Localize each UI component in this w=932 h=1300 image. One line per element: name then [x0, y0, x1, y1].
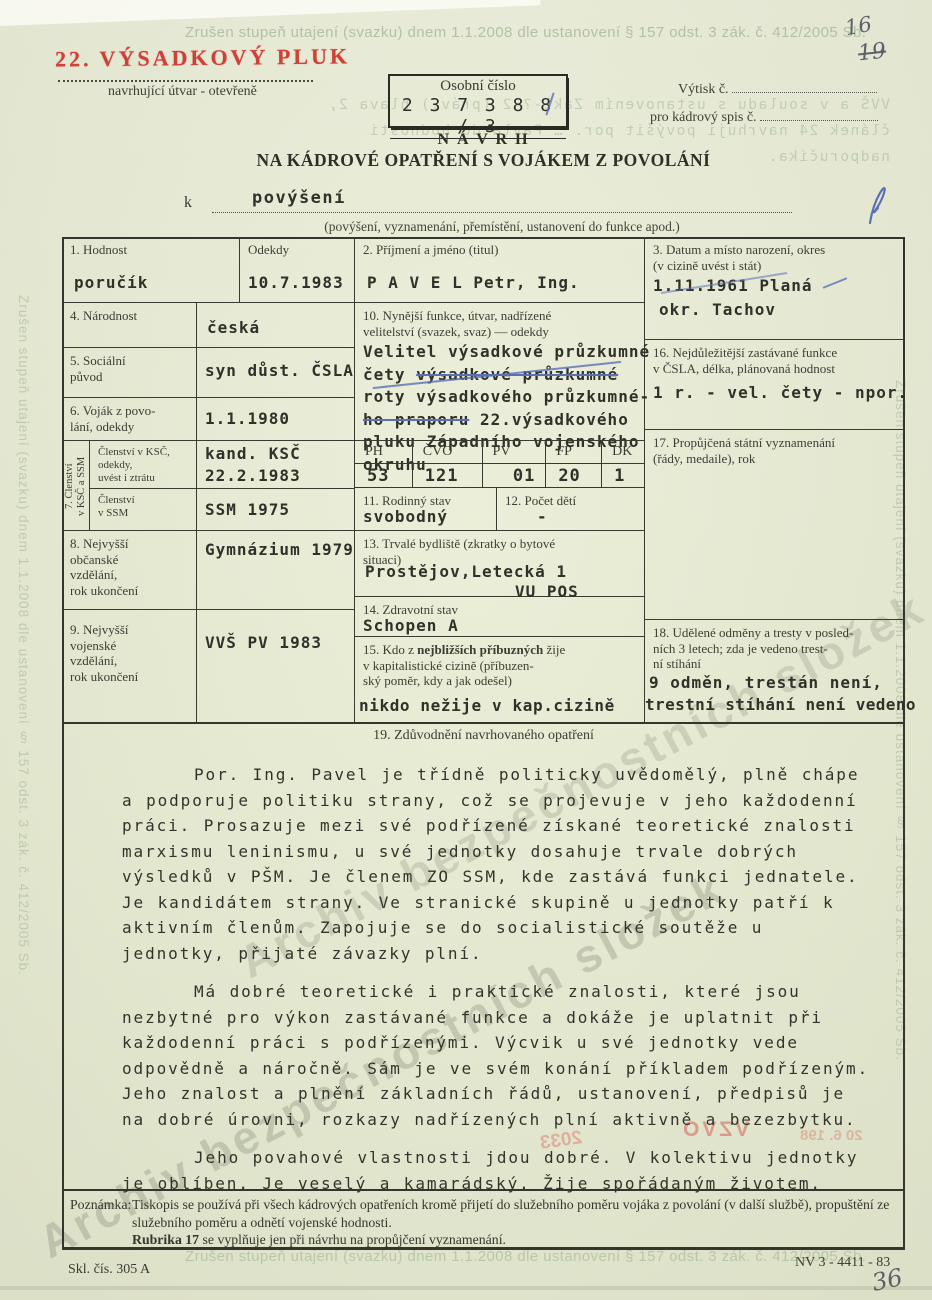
- unit-stamp: 22. VÝSADKOVÝ PLUK: [55, 43, 350, 72]
- field-7b-ssm-value-cell: SSM 1975: [197, 489, 355, 531]
- field-8-label: 8. Nejvyšší občanské vzdělání, rok ukonč…: [62, 531, 196, 598]
- field-7a-ksc-label-cell: Členství v KSČ, odekdy, uvést i ztrátu: [90, 441, 197, 489]
- field-16-label: 16. Nejdůležitější zastávané funkce v ČS…: [645, 340, 905, 376]
- field-18-label: 18. Udělené odměny a tresty v posled- ní…: [645, 620, 905, 672]
- field-18-odmeny: 18. Udělené odměny a tresty v posled- ní…: [645, 620, 905, 723]
- field-13-bydliste: 13. Trvalé bydliště (zkratky o bytové si…: [355, 531, 645, 597]
- justification-paragraph-2: Má dobré teoretické i praktické znalosti…: [122, 979, 874, 1132]
- codes-value-pv: 01: [483, 464, 547, 488]
- dotted-leader: [732, 92, 877, 93]
- field-17-vyznamenani: 17. Propůjčená státní vyznamenání (řády,…: [645, 430, 905, 620]
- field-5-label: 5. Sociální původ: [62, 348, 196, 384]
- field-18-value2: trestní stíhání není vedeno: [645, 694, 916, 716]
- field-7-side-label: 7. Členství v KSČ a SSM: [64, 445, 88, 527]
- declassification-stamp-bottom: Zrušen stupeň utajení (svazku) dnem 1.1.…: [185, 1248, 866, 1265]
- field-7b-value: SSM 1975: [205, 499, 290, 521]
- measure-type-hint: (povýšení, vyznamenání, přemístění, usta…: [212, 219, 792, 235]
- footer-note: Poznámka: Tiskopis se používá při všech …: [70, 1196, 898, 1232]
- field-3-value1: 1.11.1961 Planá: [653, 275, 813, 297]
- field-9-value: VVŠ PV 1983: [205, 632, 322, 654]
- field-10-funkce: 10. Nynější funkce, útvar, nadřízené vel…: [355, 303, 645, 440]
- field-18-value1: 9 odměn, trestán není,: [649, 672, 883, 694]
- stock-number: Skl. čís. 305 A: [68, 1262, 150, 1278]
- proposing-unit-label: navrhující útvar - otevřeně: [108, 84, 257, 100]
- field-7b-label: Členství v SSM: [90, 489, 196, 520]
- field-12-value: -: [537, 506, 548, 528]
- dotted-fill-line: [212, 212, 792, 213]
- field-1-hodnost: 1. Hodnost poručík: [62, 237, 240, 303]
- personal-number-box: Osobní číslo 2 3 7 3 8 8 / 3: [388, 74, 568, 128]
- field-5-value: syn důst. ČSLA: [205, 360, 354, 382]
- field-15-label: 15. Kdo z nejbližších příbuzných žije v …: [355, 637, 644, 689]
- form-title-line2: NA KÁDROVÉ OPATŘENÍ S VOJÁKEM Z POVOLÁNÍ: [62, 150, 905, 171]
- field-7a-value2: 22.2.1983: [205, 465, 301, 487]
- field-12-pocet-deti: 12. Počet dětí -: [497, 487, 645, 531]
- field-6-label: 6. Voják z povo- lání, odekdy: [62, 398, 196, 434]
- measure-type-value: povýšení: [252, 188, 346, 208]
- field-9-value-cell: VVŠ PV 1983: [197, 610, 355, 723]
- field-10-line4: ho praporu 22.výsadkového: [363, 409, 644, 432]
- codes-value-ph: 53: [355, 464, 413, 488]
- scanned-form-page: Archiv bezpečnostních složek Archiv bezp…: [0, 0, 932, 1300]
- note-label: Poznámka:: [70, 1196, 131, 1214]
- field-3-label: 3. Datum a místo narození, okres (v cizi…: [645, 237, 905, 273]
- field-4-narodnost-label-cell: 4. Národnost: [62, 303, 197, 348]
- field-10-label: 10. Nynější funkce, útvar, nadřízené vel…: [355, 303, 644, 339]
- rubrika-note: Rubrika 17 se vyplňuje jen při návrhu na…: [132, 1232, 506, 1248]
- field-6-value: 1.1.1980: [205, 408, 290, 430]
- k-label: k: [184, 194, 192, 212]
- field-8-value: Gymnázium 1979: [205, 539, 354, 561]
- field-7a-ksc-value-cell: kand. KSČ 22.2.1983: [197, 441, 355, 489]
- note-text: Tiskopis se používá při všech kádrových …: [132, 1196, 898, 1232]
- field-1-odekdy-value: 10.7.1983: [248, 272, 344, 294]
- field-10-line3: roty výsadkového průzkumné-: [363, 386, 644, 409]
- field-2-value: P A V E L Petr, Ing.: [367, 272, 580, 294]
- codes-header-dk: DK: [602, 441, 644, 463]
- personal-number-label: Osobní číslo: [390, 78, 566, 95]
- field-10-line1: Velitel výsadkové průzkumné: [363, 341, 644, 364]
- field-7-side-cell: 7. Členství v KSČ a SSM: [62, 441, 90, 531]
- field-5-puvod-value-cell: syn důst. ČSLA: [197, 348, 355, 398]
- codes-header-cvo: ČVO: [413, 441, 483, 463]
- field-7a-label: Členství v KSČ, odekdy, uvést i ztrátu: [90, 441, 196, 485]
- field-6-vojak-value-cell: 1.1.1980: [197, 398, 355, 441]
- field-1-value: poručík: [74, 272, 148, 294]
- field-15-value: nikdo nežije v kap.cizině: [359, 695, 615, 717]
- field-19-label: 19. Zdůvodnění navrhovaného opatření: [62, 728, 905, 744]
- personnel-file-label: pro kádrový spis č.: [650, 110, 878, 126]
- field-13-value1: Prostějov,Letecká 1: [365, 561, 567, 583]
- scan-edge-artifact: [0, 1286, 932, 1290]
- ink-squiggle: [862, 175, 896, 227]
- field-1-label: 1. Hodnost: [62, 237, 239, 258]
- handwritten-number: 16: [843, 12, 873, 40]
- field-14-zdravotni-stav: 14. Zdravotní stav Schopen A: [355, 597, 645, 637]
- field-9-label-cell: 9. Nejvyšší vojenské vzdělání, rok ukonč…: [62, 610, 197, 723]
- field-3-value2: okr. Tachov: [659, 299, 776, 321]
- struck-text: ho praporu: [363, 410, 469, 429]
- field-4-label: 4. Národnost: [62, 303, 196, 324]
- field-1-odekdy: Odekdy 10.7.1983: [240, 237, 355, 303]
- field-4-narodnost-value-cell: česká: [197, 303, 355, 348]
- field-2-label: 2. Příjmení a jméno (titul): [355, 237, 644, 258]
- field-11-value: svobodný: [363, 506, 448, 528]
- field-17-label: 17. Propůjčená státní vyznamenání (řády,…: [645, 430, 905, 466]
- divider: [58, 80, 313, 82]
- copy-number-label: Výtisk č.: [678, 82, 877, 98]
- field-16-funkce: 16. Nejdůležitější zastávané funkce v ČS…: [645, 340, 905, 430]
- field-7b-ssm-label-cell: Členství v SSM: [90, 489, 197, 531]
- field-5-puvod-label-cell: 5. Sociální původ: [62, 348, 197, 398]
- codes-value-dk: 1: [602, 464, 644, 488]
- codes-header-ph: PH: [355, 441, 413, 463]
- note-divider: [62, 1189, 905, 1191]
- field-9-label: 9. Nejvyšší vojenské vzdělání, rok ukonč…: [62, 610, 196, 684]
- field-15-pribuzni: 15. Kdo z nejbližších příbuzných žije v …: [355, 637, 645, 723]
- form-title-line1: N Á V R H: [62, 131, 905, 149]
- field-7a-value1: kand. KSČ: [205, 443, 301, 465]
- field-12-label: 12. Počet dětí: [497, 488, 644, 509]
- codes-header-fp: FP: [546, 441, 602, 463]
- field-1-odekdy-label: Odekdy: [240, 237, 354, 258]
- declassification-stamp-top: Zrušen stupeň utajení (svazku) dnem 1.1.…: [185, 24, 866, 41]
- dotted-leader: [760, 120, 878, 121]
- field-8-label-cell: 8. Nejvyšší občanské vzdělání, rok ukonč…: [62, 531, 197, 610]
- field-14-value: Schopen A: [363, 615, 459, 637]
- handwritten-number-struck: 19: [857, 39, 887, 67]
- codes-value-cvo: 121: [413, 464, 483, 488]
- declassification-stamp-left: Zrušen stupeň utajení (svazku) dnem 1.1.…: [16, 295, 31, 1195]
- field-8-value-cell: Gymnázium 1979: [197, 531, 355, 610]
- field-6-vojak-label-cell: 6. Voják z povo- lání, odekdy: [62, 398, 197, 441]
- field-16-value: 1 r. - vel. čety - npor.: [653, 382, 908, 404]
- field-2-jmeno: 2. Příjmení a jméno (titul) P A V E L Pe…: [355, 237, 645, 303]
- field-11-rodinny-stav: 11. Rodinný stav svobodný: [355, 487, 497, 531]
- codes-header-pv: PV: [483, 441, 547, 463]
- codes-table: PH ČVO PV FP DK 53 121 01 20 1: [355, 440, 645, 487]
- justification-text: Por. Ing. Pavel je třídně politicky uvěd…: [122, 762, 874, 1209]
- field-4-value: česká: [207, 317, 260, 339]
- scan-edge-artifact: [0, 0, 541, 27]
- justification-paragraph-1: Por. Ing. Pavel je třídně politicky uvěd…: [122, 762, 874, 966]
- codes-value-fp: 20: [546, 464, 602, 488]
